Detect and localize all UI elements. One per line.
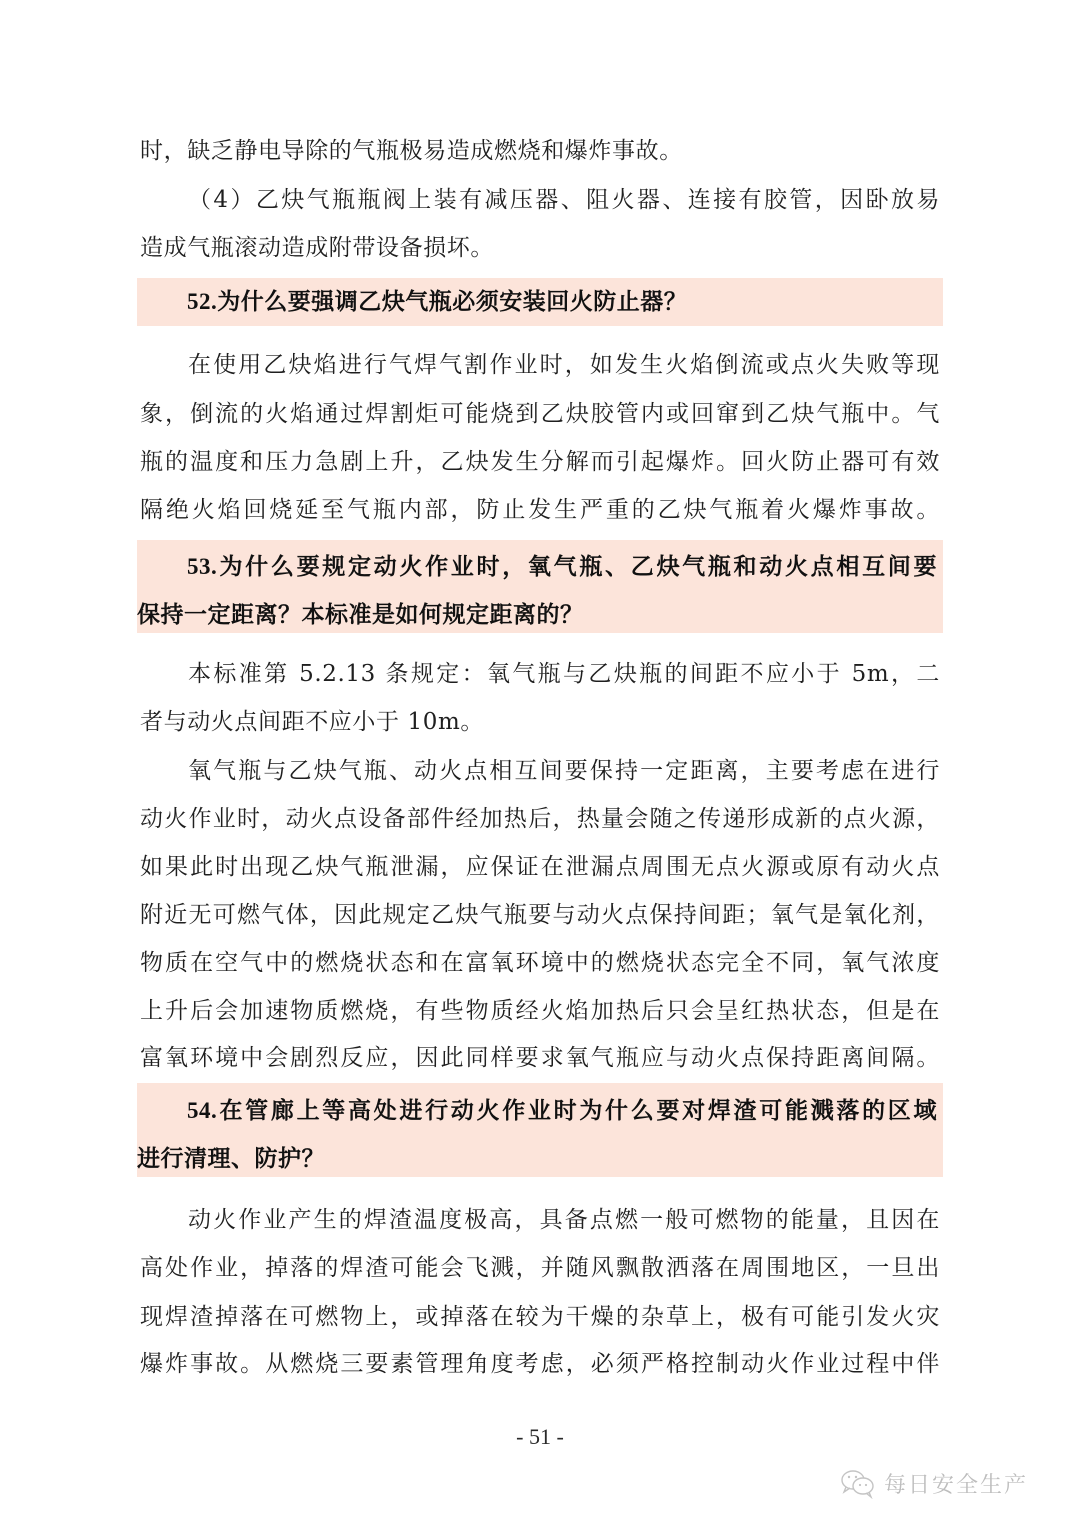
heading-line: 52.为什么要强调乙炔气瓶必须安装回火防止器？ [137,287,937,317]
section-heading-52: 52.为什么要强调乙炔气瓶必须安装回火防止器？ [137,278,943,326]
heading-line: 进行清理、防护？ [137,1144,937,1174]
body-line: 在使用乙炔焰进行气焊气割作业时，如发生火焰倒流或点火失败等现 [140,350,940,380]
heading-line: 保持一定距离？本标准是如何规定距离的？ [137,600,937,630]
watermark-text: 每日安全生产 [884,1468,1028,1499]
heading-line: 54.在管廊上等高处进行动火作业时为什么要对焊渣可能溅落的区域 [137,1096,937,1126]
body-line: 者与动火点间距不应小于 10m。 [140,707,940,737]
body-line: （4）乙炔气瓶瓶阀上装有减压器、阻火器、连接有胶管，因卧放易 [140,185,940,215]
body-line: 时，缺乏静电导除的气瓶极易造成燃烧和爆炸事故。 [140,136,940,166]
page-number: - 51 - [0,1422,1080,1452]
body-line: 造成气瓶滚动造成附带设备损坏。 [140,233,940,263]
body-line: 隔绝火焰回烧延至气瓶内部，防止发生严重的乙炔气瓶着火爆炸事故。 [140,495,940,525]
watermark: 每日安全生产 [840,1468,1028,1499]
body-line: 动火作业时，动火点设备部件经加热后，热量会随之传递形成新的点火源， [140,804,940,834]
body-line: 如果此时出现乙炔气瓶泄漏，应保证在泄漏点周围无点火源或原有动火点 [140,852,940,882]
heading-line: 53.为什么要规定动火作业时，氧气瓶、乙炔气瓶和动火点相互间要 [137,552,937,582]
body-line: 高处作业，掉落的焊渣可能会飞溅，并随风飘散洒落在周围地区，一旦出 [140,1253,940,1283]
body-line: 爆炸事故。从燃烧三要素管理角度考虑，必须严格控制动火作业过程中伴 [140,1349,940,1379]
body-line: 动火作业产生的焊渣温度极高，具备点燃一般可燃物的能量，且因在 [140,1205,940,1235]
body-line: 本标准第 5.2.13 条规定：氧气瓶与乙炔瓶的间距不应小于 5m，二 [140,659,940,689]
body-line: 现焊渣掉落在可燃物上，或掉落在较为干燥的杂草上，极有可能引发火灾 [140,1302,940,1332]
section-heading-54: 54.在管廊上等高处进行动火作业时为什么要对焊渣可能溅落的区域 进行清理、防护？ [137,1083,943,1177]
body-line: 瓶的温度和压力急剧上升，乙炔发生分解而引起爆炸。回火防止器可有效 [140,447,940,477]
body-line: 象，倒流的火焰通过焊割炬可能烧到乙炔胶管内或回窜到乙炔气瓶中。气 [140,399,940,429]
body-line: 氧气瓶与乙炔气瓶、动火点相互间要保持一定距离，主要考虑在进行 [140,756,940,786]
body-line: 附近无可燃气体，因此规定乙炔气瓶要与动火点保持间距；氧气是氧化剂， [140,900,940,930]
section-heading-53: 53.为什么要规定动火作业时，氧气瓶、乙炔气瓶和动火点相互间要 保持一定距离？本… [137,540,943,633]
wechat-icon [840,1469,876,1499]
body-line: 物质在空气中的燃烧状态和在富氧环境中的燃烧状态完全不同，氧气浓度 [140,948,940,978]
body-line: 上升后会加速物质燃烧，有些物质经火焰加热后只会呈红热状态，但是在 [140,996,940,1026]
body-line: 富氧环境中会剧烈反应，因此同样要求氧气瓶应与动火点保持距离间隔。 [140,1043,940,1073]
